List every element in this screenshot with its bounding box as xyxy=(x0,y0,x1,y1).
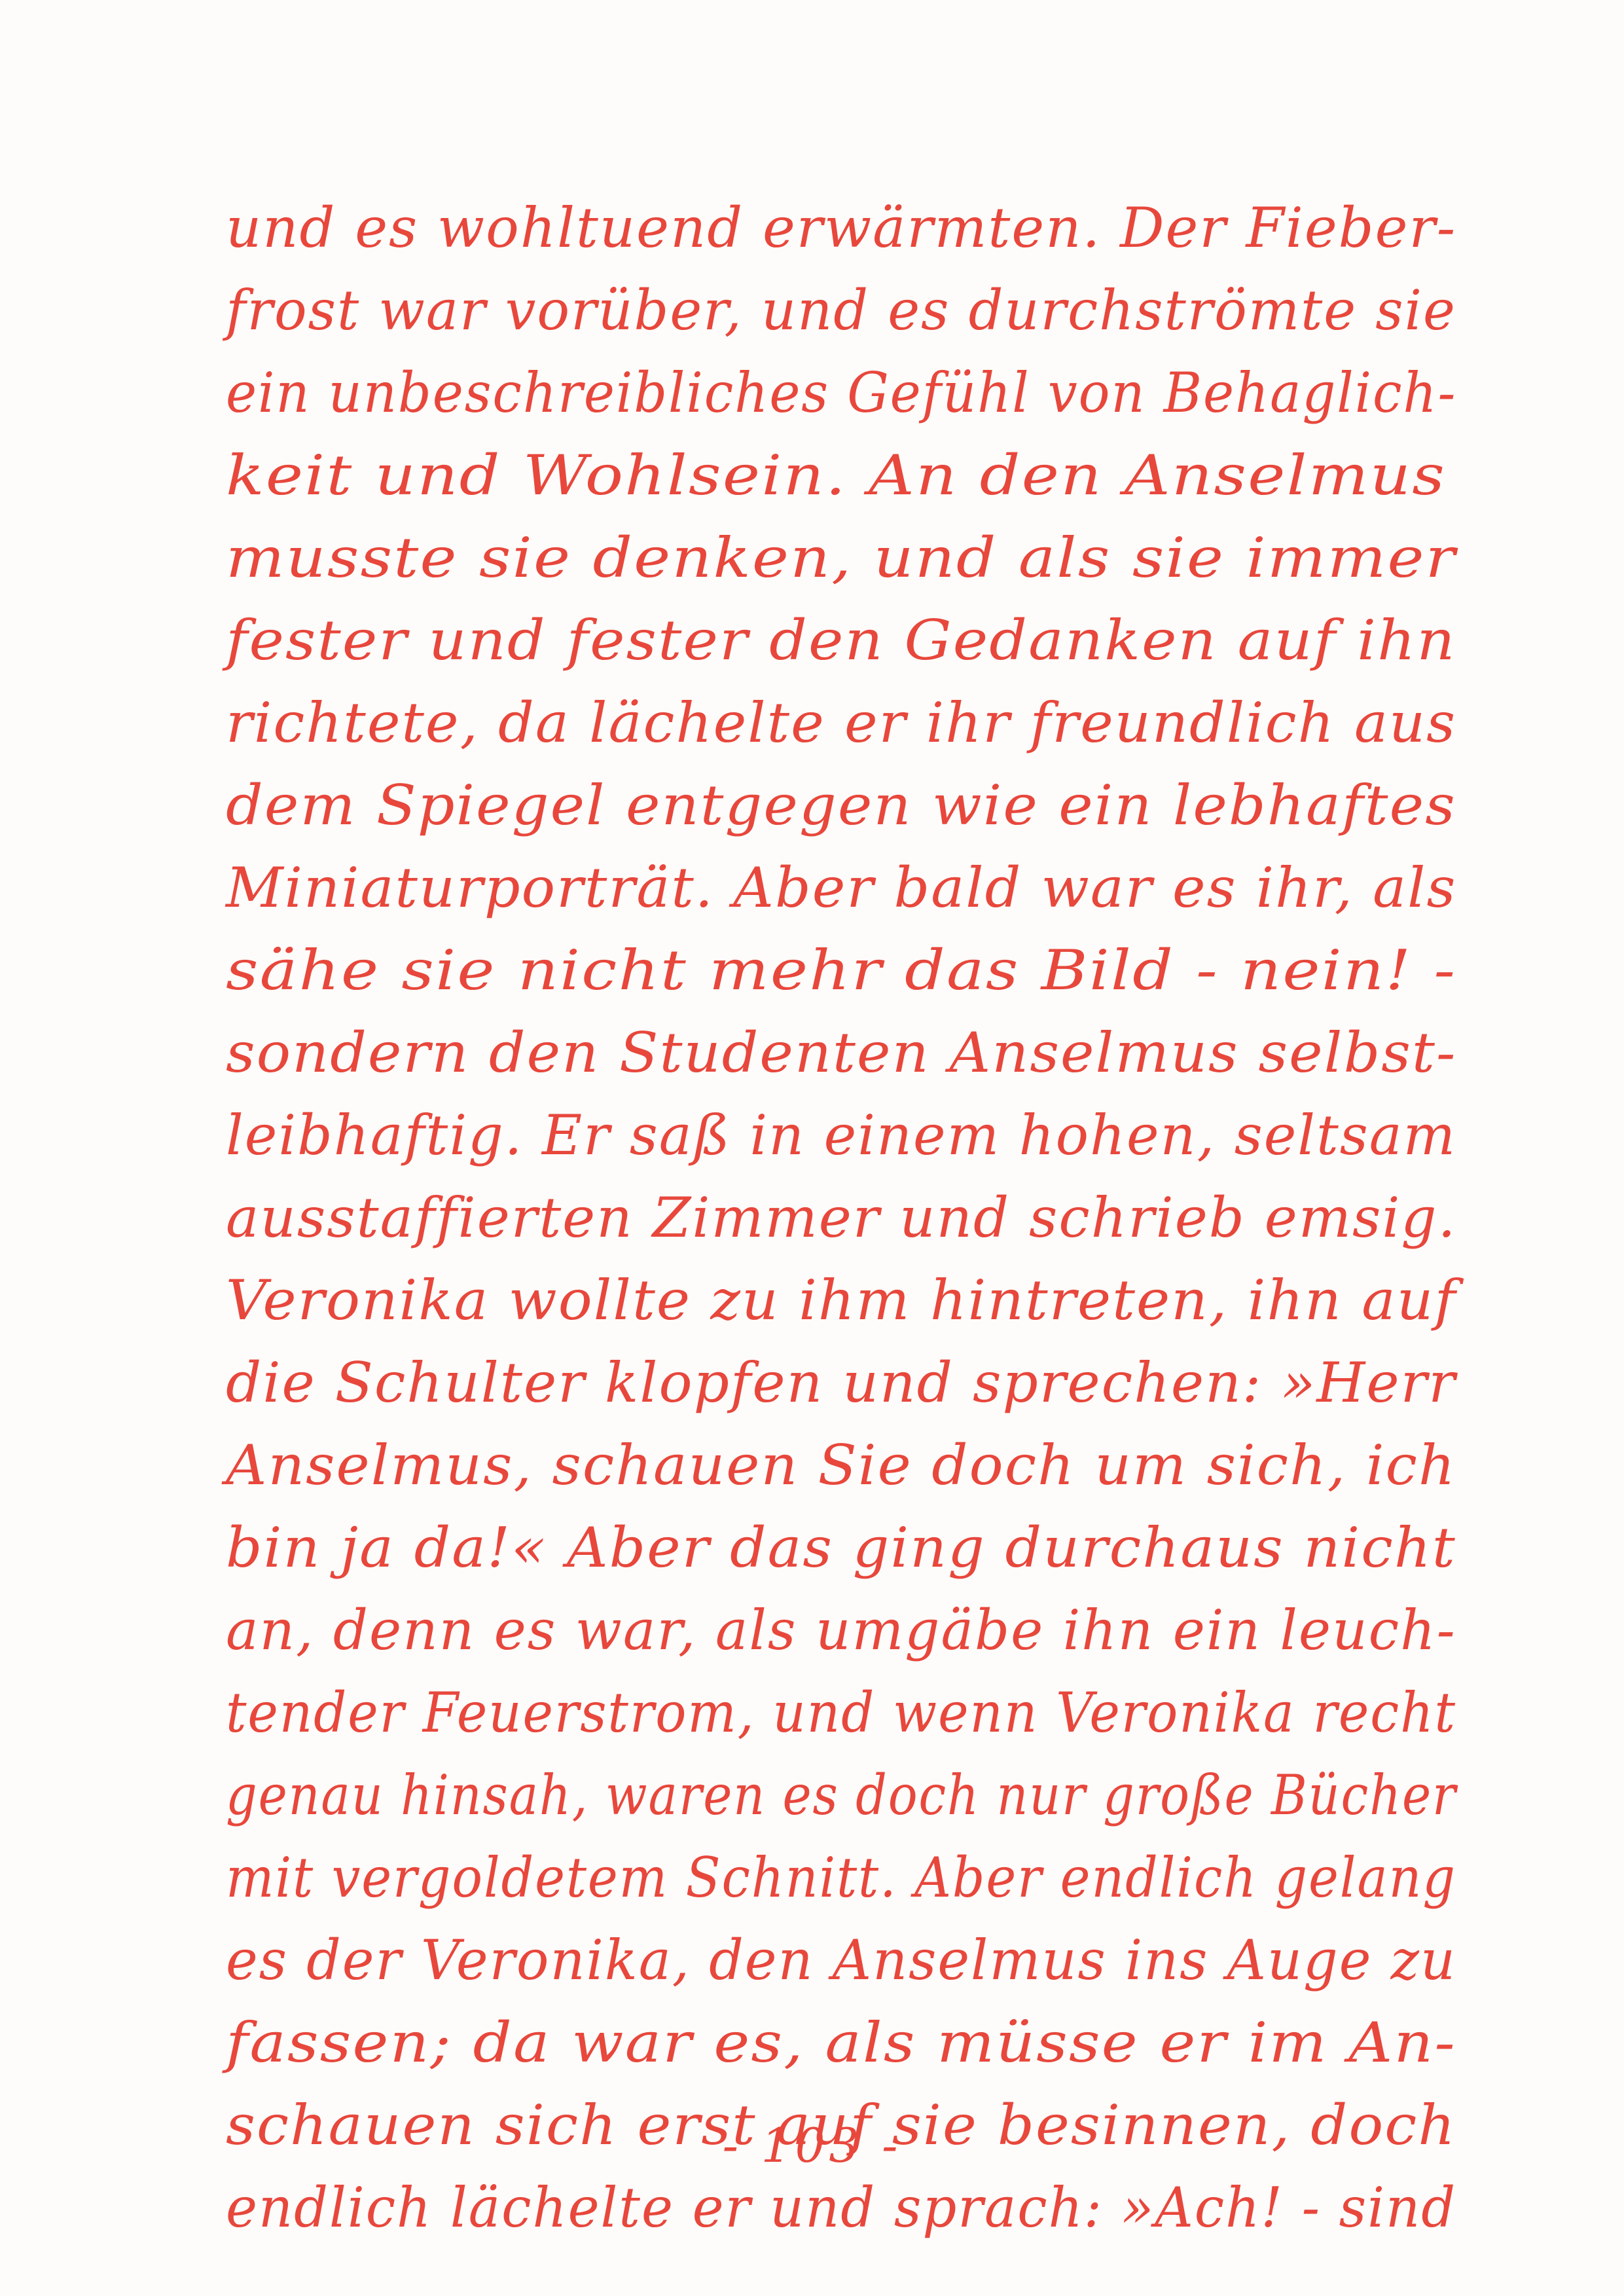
text-line: keit und Wohlsein. An den Anselmus xyxy=(226,434,1446,517)
text-line: an, denn es war, als umgäbe ihn ein leuc… xyxy=(226,1589,1456,1671)
text-line: bin ja da!« Aber das ging durchaus nicht xyxy=(226,1506,1456,1589)
text-line: musste sie denken, und als sie immer xyxy=(226,517,1456,599)
page-number: - 103 - xyxy=(0,2118,1624,2173)
text-line: mit vergoldetem Schnitt. Aber endlich ge… xyxy=(226,1836,1456,1919)
text-line: ein unbeschreibliches Gefühl von Behagli… xyxy=(226,352,1456,434)
text-line: endlich lächelte er und sprach: »Ach! - … xyxy=(226,2166,1456,2249)
text-line: sondern den Studenten Anselmus selbst- xyxy=(226,1011,1456,1094)
text-line: genau hinsah, waren es doch nur große Bü… xyxy=(226,1754,1456,1836)
text-line: fassen; da war es, als müsse er im An- xyxy=(226,2001,1456,2084)
text-line: und es wohltuend erwärmten. Der Fieber- xyxy=(226,187,1456,269)
text-line: ausstaffierten Zimmer und schrieb emsig. xyxy=(226,1176,1456,1259)
manuscript-page: und es wohltuend erwärmten. Der Fieber- … xyxy=(0,0,1624,2296)
text-line: frost war vorüber, und es durchströmte s… xyxy=(226,269,1456,352)
text-line: leibhaftig. Er saß in einem hohen, selts… xyxy=(226,1094,1456,1176)
text-line: Anselmus, schauen Sie doch um sich, ich xyxy=(226,1424,1456,1506)
text-line: Miniaturporträt. Aber bald war es ihr, a… xyxy=(226,847,1456,929)
text-line: es der Veronika, den Anselmus ins Auge z… xyxy=(226,1919,1456,2001)
text-line: richtete, da lächelte er ihr freundlich … xyxy=(226,682,1456,764)
text-line: tender Feuerstrom, und wenn Veronika rec… xyxy=(226,1671,1456,1754)
text-line: sähe sie nicht mehr das Bild - nein! - xyxy=(226,929,1456,1011)
text-line: Veronika wollte zu ihm hintreten, ihn au… xyxy=(226,1259,1456,1341)
handwritten-text-block: und es wohltuend erwärmten. Der Fieber- … xyxy=(226,187,1470,2249)
text-line: fester und fester den Gedanken auf ihn xyxy=(226,599,1456,682)
text-line: die Schulter klopfen und sprechen: »Herr xyxy=(226,1341,1456,1424)
text-line: dem Spiegel entgegen wie ein lebhaftes xyxy=(226,764,1456,847)
